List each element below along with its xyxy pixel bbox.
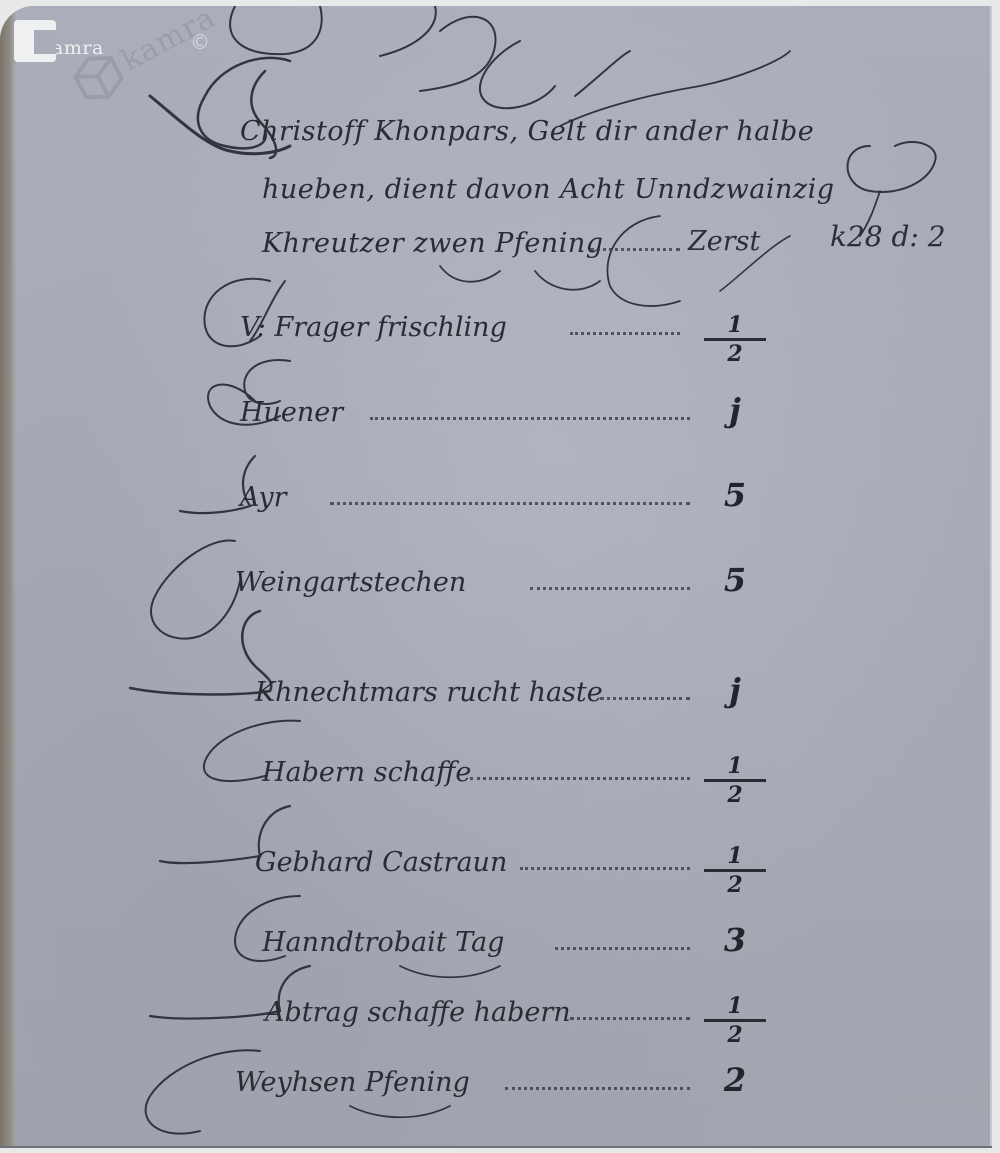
dot-leader: [555, 947, 690, 954]
dot-leader: [520, 867, 690, 874]
heading-line-1: Christoff Khonpars, Gelt dir ander halbe: [240, 116, 814, 147]
ledger-entry: Huener j: [0, 391, 992, 451]
dot-leader: [370, 417, 690, 424]
heading-line-2: hueben, dient davon Acht Unndzwainzig: [262, 174, 835, 205]
entry-amount: 2: [690, 1061, 780, 1099]
total-value: k28 d: 2: [830, 220, 946, 253]
heading-line-3: Khreutzer zwen Pfening: [262, 228, 604, 259]
fraction: 1 2: [704, 314, 766, 365]
dot-leader: [570, 1017, 690, 1024]
watermark-diagonal-label: kamra: [115, 6, 221, 78]
entry-amount: j: [690, 671, 780, 709]
dot-leader: [570, 332, 680, 339]
ledger-entry: Abtrag schaffe habern 1 2: [0, 991, 992, 1051]
ledger-entry: V: Frager frischling 1 2: [0, 306, 992, 366]
entry-amount: 1 2: [690, 833, 780, 896]
fraction: 1 2: [704, 755, 766, 806]
total-label: Zerst: [688, 226, 760, 257]
entry-label: Habern schaffe: [262, 757, 471, 788]
entry-amount: 5: [690, 561, 780, 599]
kamra-logo-icon: [14, 20, 56, 62]
dot-leader: [470, 777, 690, 784]
ledger-entry: Hanndtrobait Tag 3: [0, 921, 992, 981]
dot-leader: [590, 248, 680, 255]
entry-amount: 3: [690, 921, 780, 959]
ledger-entry: Gebhard Castraun 1 2: [0, 841, 992, 901]
dot-leader: [530, 587, 690, 594]
scan-frame: kamra © kamra Christoff Khonpars, Gelt d…: [0, 0, 1000, 1153]
entry-label: Hanndtrobait Tag: [262, 927, 504, 958]
fraction: 1 2: [704, 995, 766, 1046]
dot-leader: [505, 1087, 690, 1094]
ledger-entry: Ayr 5: [0, 476, 992, 536]
entry-label: Ayr: [240, 482, 287, 513]
ledger-entry: Khnechtmars rucht haste j: [0, 671, 992, 731]
entry-label: Abtrag schaffe habern: [265, 997, 571, 1028]
entry-label: V: Frager frischling: [240, 312, 507, 343]
entry-label: Khnechtmars rucht haste: [255, 677, 603, 708]
ledger-entry: Habern schaffe 1 2: [0, 751, 992, 811]
entry-amount: 5: [690, 476, 780, 514]
entry-label: Weyhsen Pfening: [235, 1067, 470, 1098]
entry-label: Weingartstechen: [235, 567, 466, 598]
ledger-entry: Weingartstechen 5: [0, 561, 992, 621]
entry-amount: 1 2: [690, 983, 780, 1046]
entry-label: Huener: [240, 397, 343, 428]
ledger-entry: Weyhsen Pfening 2: [0, 1061, 992, 1121]
entry-amount: 1 2: [690, 743, 780, 806]
manuscript-page: kamra © kamra Christoff Khonpars, Gelt d…: [0, 6, 992, 1148]
entry-label: Gebhard Castraun: [255, 847, 507, 878]
dot-leader: [600, 697, 690, 704]
fraction: 1 2: [704, 845, 766, 896]
entry-amount: j: [690, 391, 780, 429]
dot-leader: [330, 502, 690, 509]
entry-amount: 1 2: [690, 302, 780, 365]
